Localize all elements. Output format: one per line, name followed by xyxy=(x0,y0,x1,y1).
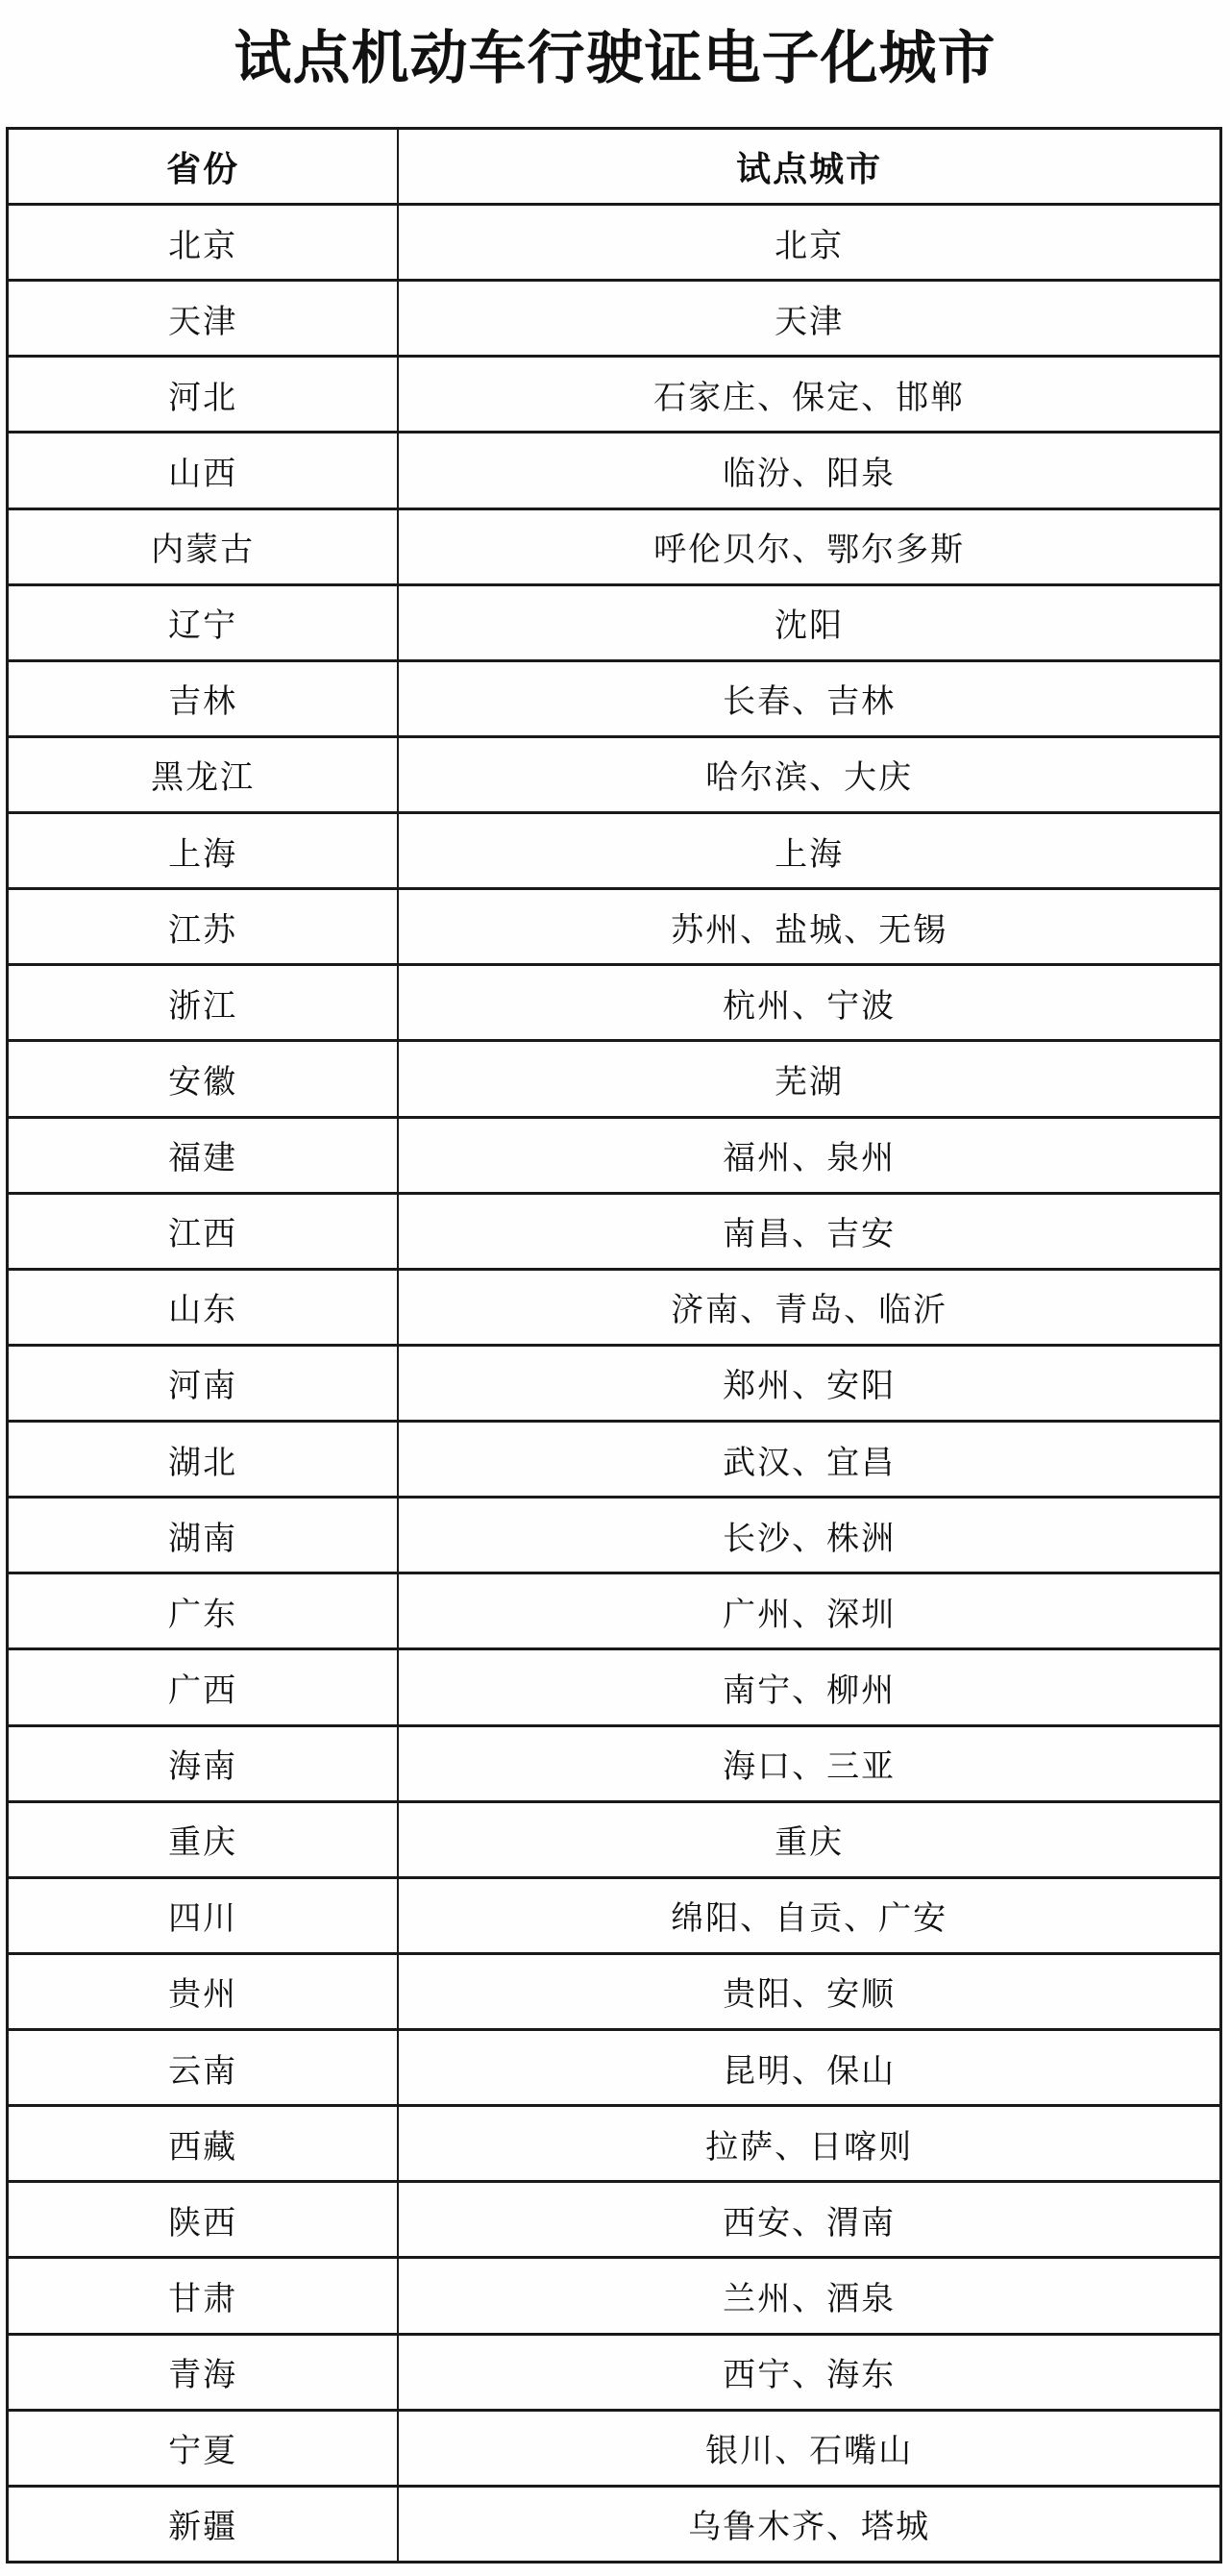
table-row: 山东 济南、青岛、临沂 xyxy=(8,1269,1221,1345)
pilot-cities-cell: 乌鲁木齐、塔城 xyxy=(398,2486,1220,2562)
pilot-cities-cell: 杭州、宁波 xyxy=(398,965,1220,1041)
province-cell: 广西 xyxy=(8,1649,399,1725)
pilot-cities-cell: 武汉、宜昌 xyxy=(398,1422,1220,1498)
table-row: 重庆 重庆 xyxy=(8,1801,1221,1877)
pilot-cities-cell: 苏州、盐城、无锡 xyxy=(398,889,1220,965)
province-cell: 湖北 xyxy=(8,1422,399,1498)
table-row: 吉林 长春、吉林 xyxy=(8,660,1221,736)
table-row: 河南 郑州、安阳 xyxy=(8,1345,1221,1421)
table-row: 北京 北京 xyxy=(8,205,1221,281)
pilot-cities-cell: 重庆 xyxy=(398,1801,1220,1877)
table-row: 黑龙江 哈尔滨、大庆 xyxy=(8,736,1221,812)
table-row: 河北 石家庄、保定、邯郸 xyxy=(8,357,1221,433)
province-cell: 黑龙江 xyxy=(8,736,399,812)
pilot-cities-cell: 临汾、阳泉 xyxy=(398,433,1220,508)
province-cell: 贵州 xyxy=(8,1953,399,2029)
table-row: 浙江 杭州、宁波 xyxy=(8,965,1221,1041)
table-row: 天津 天津 xyxy=(8,281,1221,357)
page-title: 试点机动车行驶证电子化城市 xyxy=(0,0,1230,90)
table-row: 湖北 武汉、宜昌 xyxy=(8,1422,1221,1498)
province-cell: 青海 xyxy=(8,2334,399,2410)
pilot-cities-cell: 长沙、株洲 xyxy=(398,1498,1220,1573)
province-cell: 云南 xyxy=(8,2030,399,2106)
table-row: 福建 福州、泉州 xyxy=(8,1117,1221,1193)
province-cell: 内蒙古 xyxy=(8,508,399,584)
province-cell: 广东 xyxy=(8,1573,399,1649)
pilot-cities-cell: 北京 xyxy=(398,205,1220,281)
table-row: 山西 临汾、阳泉 xyxy=(8,433,1221,508)
pilot-cities-cell: 上海 xyxy=(398,813,1220,889)
pilot-cities-cell: 福州、泉州 xyxy=(398,1117,1220,1193)
document-page: 试点机动车行驶证电子化城市 省份 试点城市 北京 北京 天津 天津 河北 石家庄… xyxy=(0,0,1230,2576)
table-row: 内蒙古 呼伦贝尔、鄂尔多斯 xyxy=(8,508,1221,584)
province-cell: 辽宁 xyxy=(8,584,399,660)
pilot-cities-cell: 呼伦贝尔、鄂尔多斯 xyxy=(398,508,1220,584)
pilot-cities-cell: 济南、青岛、临沂 xyxy=(398,1269,1220,1345)
province-cell: 天津 xyxy=(8,281,399,357)
province-cell: 湖南 xyxy=(8,1498,399,1573)
table-row: 甘肃 兰州、酒泉 xyxy=(8,2258,1221,2334)
pilot-cities-cell: 银川、石嘴山 xyxy=(398,2410,1220,2486)
table-row: 湖南 长沙、株洲 xyxy=(8,1498,1221,1573)
province-cell: 海南 xyxy=(8,1725,399,1801)
pilot-cities-cell: 石家庄、保定、邯郸 xyxy=(398,357,1220,433)
pilot-cities-table: 省份 试点城市 北京 北京 天津 天津 河北 石家庄、保定、邯郸 山西 临汾、阳… xyxy=(6,127,1222,2564)
pilot-cities-cell: 天津 xyxy=(398,281,1220,357)
pilot-cities-cell: 西安、渭南 xyxy=(398,2182,1220,2258)
pilot-cities-cell: 拉萨、日喀则 xyxy=(398,2106,1220,2182)
province-cell: 宁夏 xyxy=(8,2410,399,2486)
table-body: 北京 北京 天津 天津 河北 石家庄、保定、邯郸 山西 临汾、阳泉 内蒙古 呼伦… xyxy=(8,205,1221,2563)
province-cell: 河南 xyxy=(8,1345,399,1421)
table-row: 广西 南宁、柳州 xyxy=(8,1649,1221,1725)
pilot-cities-cell: 郑州、安阳 xyxy=(398,1345,1220,1421)
table-row: 云南 昆明、保山 xyxy=(8,2030,1221,2106)
table-row: 江西 南昌、吉安 xyxy=(8,1193,1221,1269)
province-cell: 四川 xyxy=(8,1877,399,1953)
province-cell: 山东 xyxy=(8,1269,399,1345)
pilot-cities-cell: 南昌、吉安 xyxy=(398,1193,1220,1269)
province-cell: 陕西 xyxy=(8,2182,399,2258)
pilot-cities-cell: 沈阳 xyxy=(398,584,1220,660)
table-row: 海南 海口、三亚 xyxy=(8,1725,1221,1801)
province-cell: 甘肃 xyxy=(8,2258,399,2334)
pilot-cities-cell: 广州、深圳 xyxy=(398,1573,1220,1649)
pilot-cities-cell: 长春、吉林 xyxy=(398,660,1220,736)
province-cell: 吉林 xyxy=(8,660,399,736)
pilot-cities-cell: 绵阳、自贡、广安 xyxy=(398,1877,1220,1953)
table-row: 广东 广州、深圳 xyxy=(8,1573,1221,1649)
pilot-cities-cell: 昆明、保山 xyxy=(398,2030,1220,2106)
pilot-cities-cell: 哈尔滨、大庆 xyxy=(398,736,1220,812)
table-row: 陕西 西安、渭南 xyxy=(8,2182,1221,2258)
province-cell: 河北 xyxy=(8,357,399,433)
province-cell: 江苏 xyxy=(8,889,399,965)
pilot-cities-cell: 芜湖 xyxy=(398,1041,1220,1117)
province-cell: 上海 xyxy=(8,813,399,889)
province-cell: 北京 xyxy=(8,205,399,281)
table-row: 四川 绵阳、自贡、广安 xyxy=(8,1877,1221,1953)
table-row: 辽宁 沈阳 xyxy=(8,584,1221,660)
table-row: 上海 上海 xyxy=(8,813,1221,889)
province-cell: 安徽 xyxy=(8,1041,399,1117)
table-row: 安徽 芜湖 xyxy=(8,1041,1221,1117)
table-row: 宁夏 银川、石嘴山 xyxy=(8,2410,1221,2486)
pilot-cities-cell: 兰州、酒泉 xyxy=(398,2258,1220,2334)
pilot-cities-cell: 海口、三亚 xyxy=(398,1725,1220,1801)
province-cell: 西藏 xyxy=(8,2106,399,2182)
pilot-cities-cell: 西宁、海东 xyxy=(398,2334,1220,2410)
table-header-row: 省份 试点城市 xyxy=(8,129,1221,205)
column-header-pilot-cities: 试点城市 xyxy=(398,129,1220,205)
pilot-cities-cell: 贵阳、安顺 xyxy=(398,1953,1220,2029)
table-row: 新疆 乌鲁木齐、塔城 xyxy=(8,2486,1221,2562)
table-row: 贵州 贵阳、安顺 xyxy=(8,1953,1221,2029)
table-row: 江苏 苏州、盐城、无锡 xyxy=(8,889,1221,965)
province-cell: 江西 xyxy=(8,1193,399,1269)
table-row: 西藏 拉萨、日喀则 xyxy=(8,2106,1221,2182)
province-cell: 福建 xyxy=(8,1117,399,1193)
province-cell: 新疆 xyxy=(8,2486,399,2562)
province-cell: 重庆 xyxy=(8,1801,399,1877)
province-cell: 浙江 xyxy=(8,965,399,1041)
province-cell: 山西 xyxy=(8,433,399,508)
column-header-province: 省份 xyxy=(8,129,399,205)
pilot-cities-cell: 南宁、柳州 xyxy=(398,1649,1220,1725)
table-row: 青海 西宁、海东 xyxy=(8,2334,1221,2410)
